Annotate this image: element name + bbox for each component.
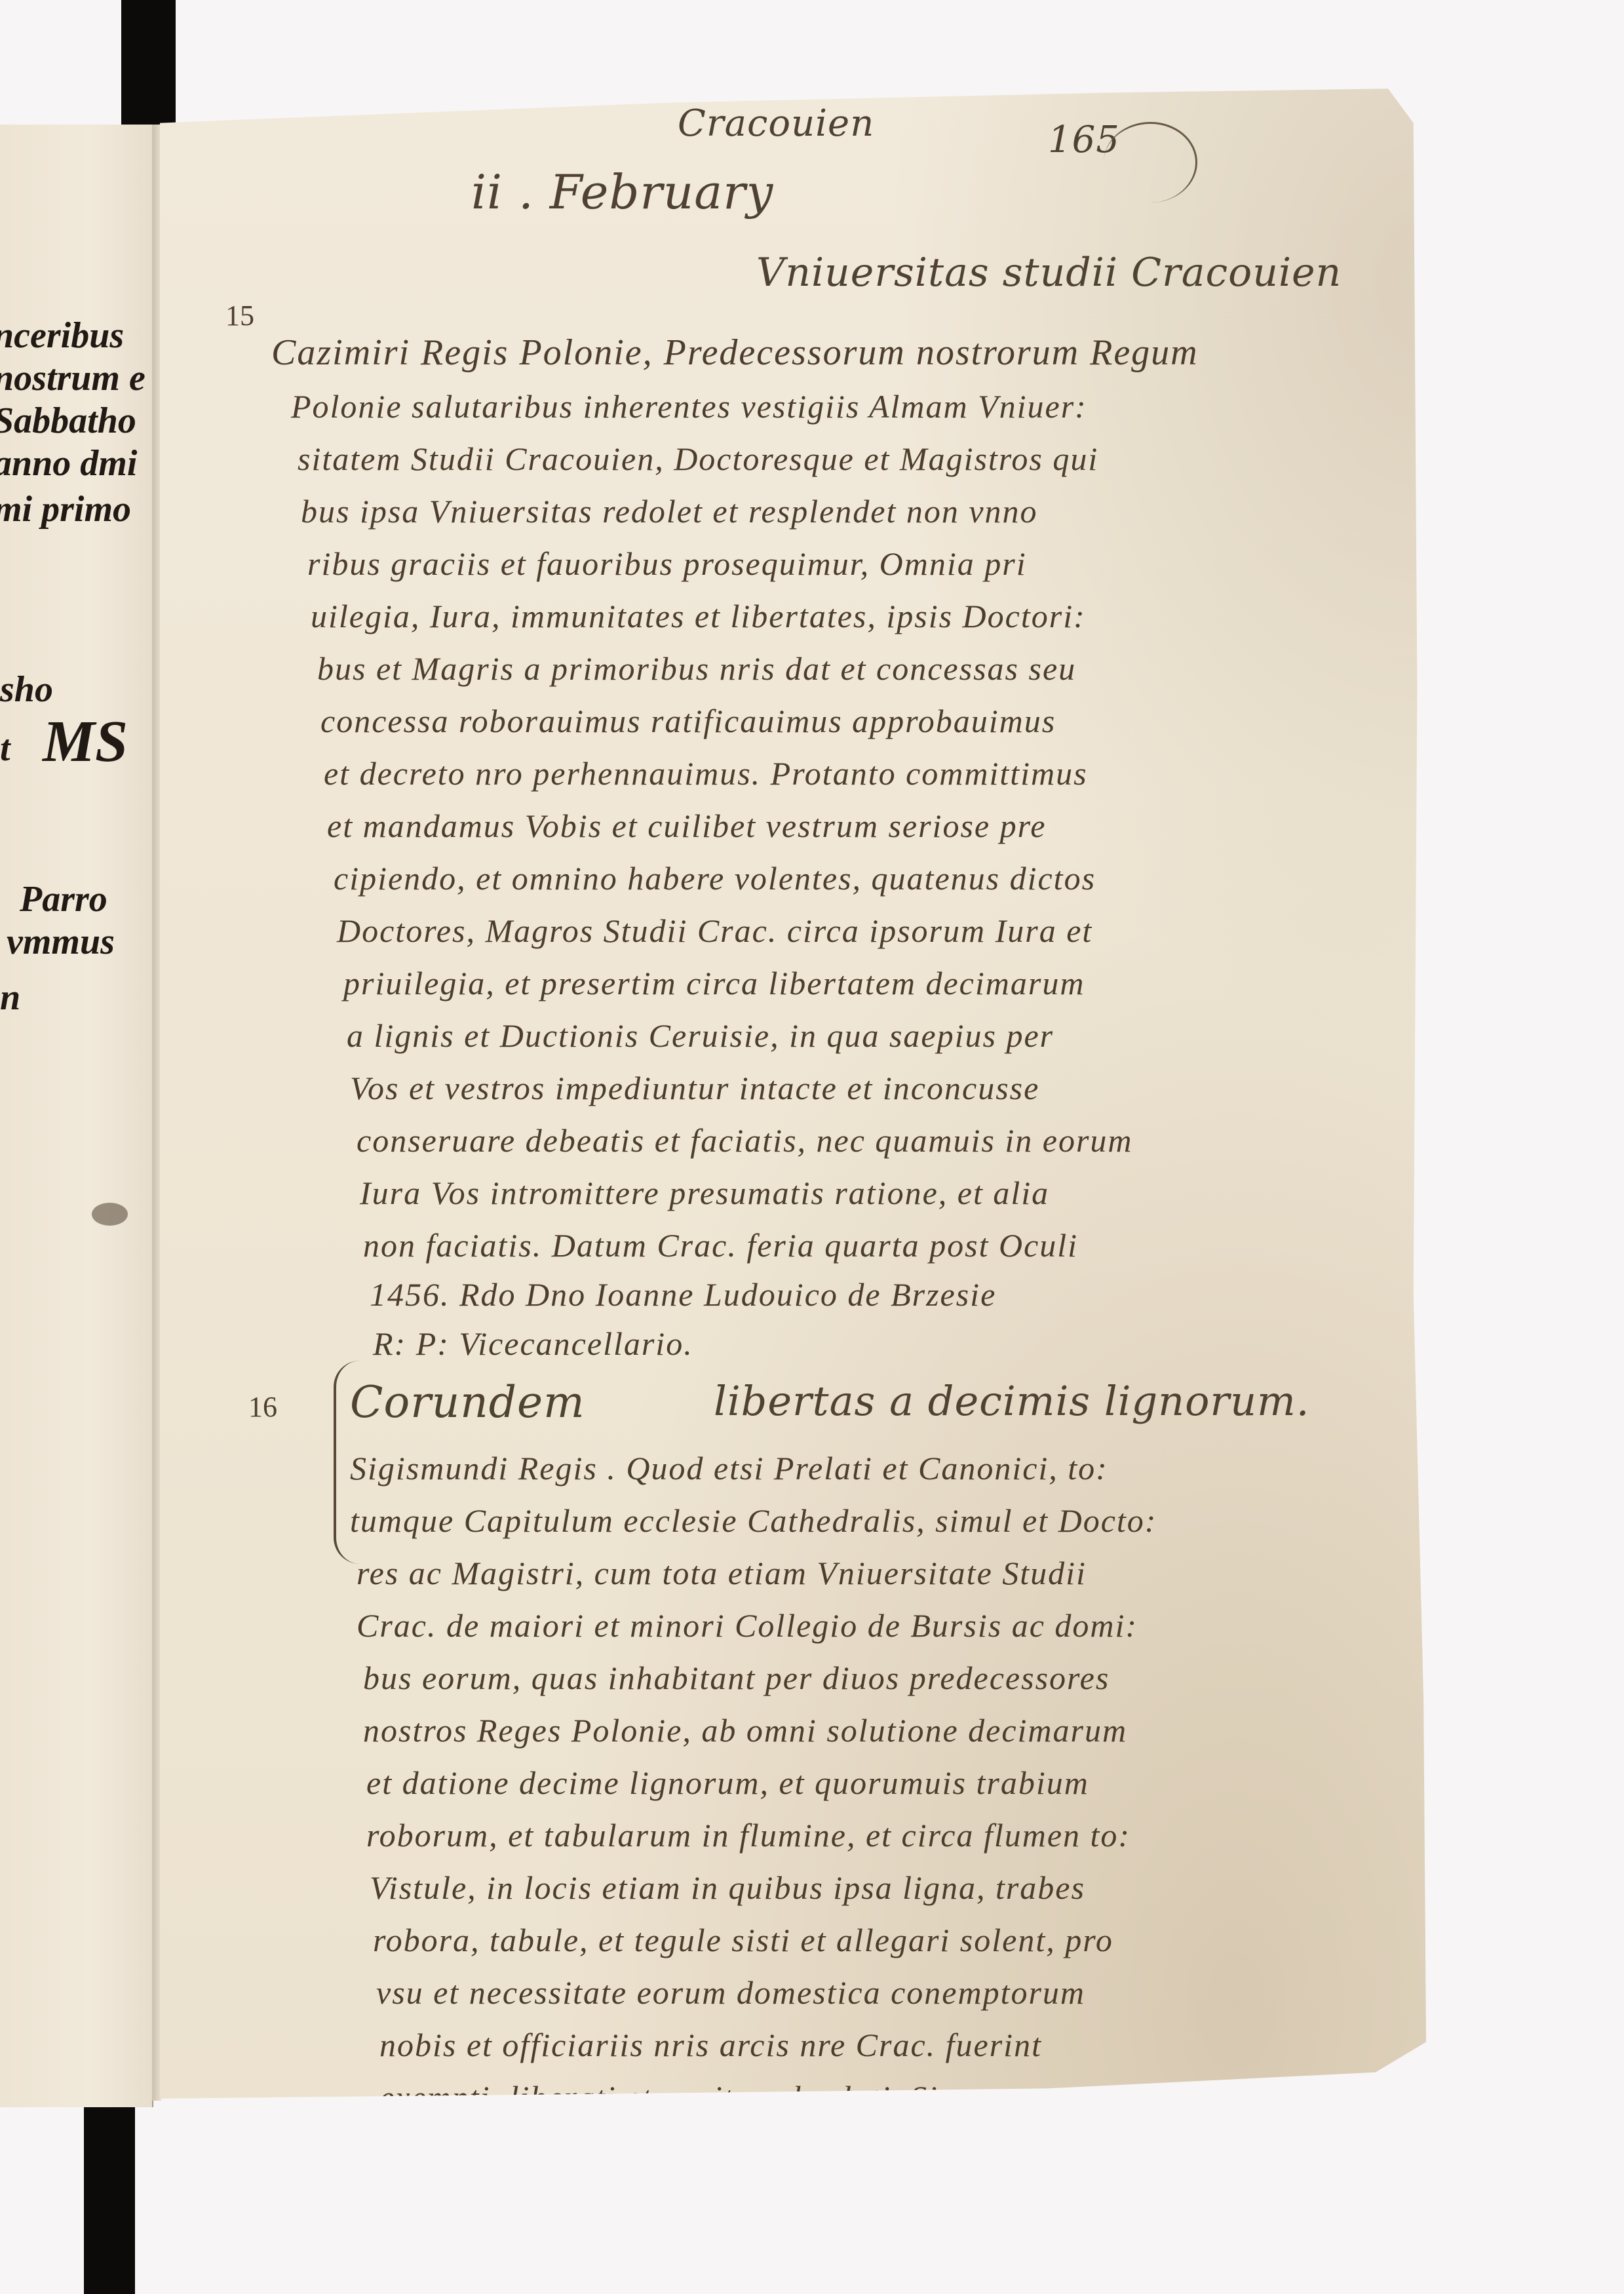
manuscript-line: et mandamus Vobis et cuilibet vestrum se… xyxy=(327,807,1046,845)
manuscript-line: a lignis et Ductionis Ceruisie, in qua s… xyxy=(347,1017,1054,1055)
manuscript-line: Vistule, in locis etiam in quibus ipsa l… xyxy=(370,1869,1085,1907)
manuscript-line: et decreto nro perhennauimus. Protanto c… xyxy=(324,754,1088,792)
left-page-line: t xyxy=(0,728,10,769)
manuscript-line: nobis et officiariis nris arcis nre Crac… xyxy=(379,2026,1042,2064)
section-title: Vniuersitas studii Cracouien xyxy=(756,250,1342,296)
manuscript-line: Vos et vestros impediuntur intacte et in… xyxy=(350,1069,1039,1107)
entry-number: 16 xyxy=(248,1390,277,1424)
manuscript-line: R: P: Vicecancellario. xyxy=(373,1325,693,1363)
manuscript-line: concessa roborauimus ratificauimus appro… xyxy=(320,702,1056,740)
manuscript-line: bus ipsa Vniuersitas redolet et resplend… xyxy=(301,492,1038,530)
manuscript-line: conseruare debeatis et faciatis, nec qua… xyxy=(357,1121,1133,1159)
manuscript-line: roborum, et tabularum in flumine, et cir… xyxy=(366,1816,1131,1854)
left-facing-page: nceribus nostrum e Sabbatho anno dmi mi … xyxy=(0,125,153,2107)
manuscript-line: sitatem Studii Cracouien, Doctoresque et… xyxy=(298,440,1098,478)
manuscript-line: ribus graciis et fauoribus prosequimur, … xyxy=(307,545,1027,583)
manuscript-line: Crac. de maiori et minori Collegio de Bu… xyxy=(357,1606,1138,1644)
left-page-line: nceribus xyxy=(0,315,124,357)
entry-subject: libertas a decimis lignorum. xyxy=(714,1377,1310,1425)
left-page-line: anno dmi xyxy=(0,442,137,484)
entry-number: 15 xyxy=(225,299,254,332)
left-page-line: mi primo xyxy=(0,488,131,530)
manuscript-line: Iura Vos intromittere presumatis ratione… xyxy=(360,1174,1049,1212)
notary-monogram: MS xyxy=(43,708,128,775)
manuscript-line: Doctores, Magros Studii Crac. circa ipso… xyxy=(337,912,1092,950)
manuscript-line: non faciatis. Datum Crac. feria quarta p… xyxy=(363,1226,1078,1264)
manuscript-line: nostros Reges Polonie, ab omni solutione… xyxy=(363,1711,1127,1749)
manuscript-line: tumque Capitulum ecclesie Cathedralis, s… xyxy=(350,1502,1157,1540)
manuscript-page: Cracouien 165 ii . February Vniuersitas … xyxy=(160,83,1426,2103)
manuscript-line: robora, tabule, et tegule sisti et alleg… xyxy=(373,1921,1113,1959)
manuscript-line: res ac Magistri, cum tota etiam Vniuersi… xyxy=(357,1554,1087,1592)
left-page-line: nostrum e xyxy=(0,357,145,399)
left-page-line: Parro xyxy=(20,878,107,920)
entry-title: Corundem xyxy=(350,1377,585,1428)
folio-flourish xyxy=(1104,122,1197,203)
running-head: Cracouien xyxy=(678,102,874,145)
manuscript-line: priuilegia, et presertim circa libertate… xyxy=(343,964,1085,1002)
manuscript-line: et datione decime lignorum, et quorumuis… xyxy=(366,1764,1089,1802)
binding-strap-top xyxy=(121,0,176,128)
manuscript-line: Polonie salutaribus inherentes vestigiis… xyxy=(291,387,1087,425)
manuscript-line: 1456. Rdo Dno Ioanne Ludouico de Brzesie xyxy=(370,1275,996,1313)
manuscript-line: uilegia, Iura, immunitates et libertates… xyxy=(311,597,1086,635)
manuscript-line: cipiendo, et omnino habere volentes, qua… xyxy=(334,859,1096,897)
manuscript-line: vsu et necessitate eorum domestica conem… xyxy=(376,1973,1085,2012)
left-page-line: Sabbatho xyxy=(0,400,136,442)
manuscript-line: Cazimiri Regis Polonie, Predecessorum no… xyxy=(271,332,1199,374)
book-gutter xyxy=(152,125,161,2101)
left-page-line: sho xyxy=(0,669,53,710)
manuscript-line: bus eorum, quas inhabitant per diuos pre… xyxy=(363,1659,1110,1697)
binding-strap-bottom xyxy=(84,2101,135,2294)
manuscript-line: exempti, liberati et penitus absoluti, S… xyxy=(379,2078,1018,2116)
date-heading: ii . February xyxy=(471,165,773,220)
left-page-line: vmmus xyxy=(7,921,115,963)
left-page-line: n xyxy=(0,977,20,1019)
ink-blot xyxy=(92,1203,128,1226)
manuscript-line: Sigismundi Regis . Quod etsi Prelati et … xyxy=(350,1449,1108,1487)
manuscript-line: bus et Magris a primoribus nris dat et c… xyxy=(317,650,1076,688)
